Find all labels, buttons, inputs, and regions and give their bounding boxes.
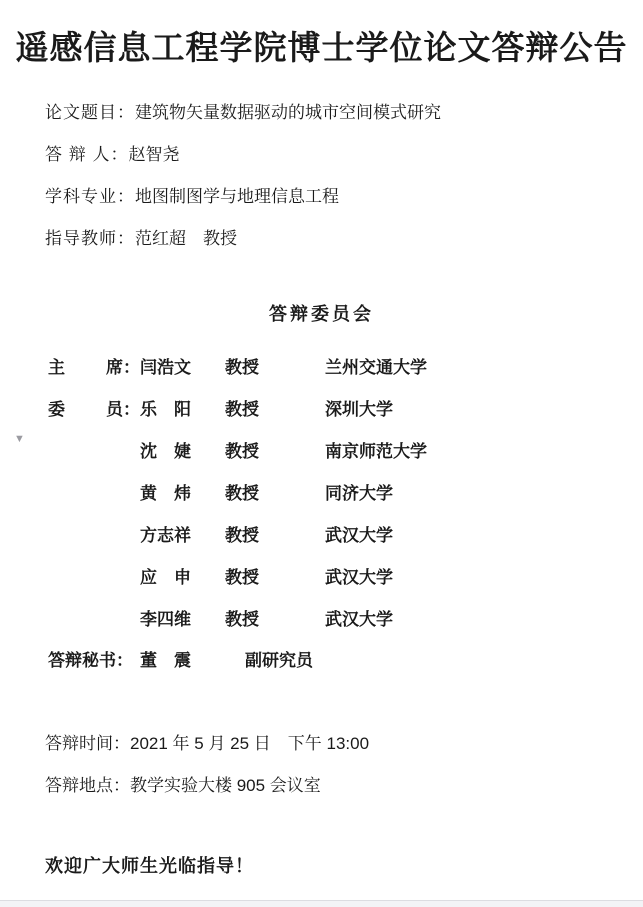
committee-role bbox=[48, 563, 140, 588]
member-name: 闫浩文 bbox=[140, 353, 225, 378]
member-name: 乐 阳 bbox=[140, 395, 225, 420]
thesis-title-value: 建筑物矢量数据驱动的城市空间模式研究 bbox=[135, 103, 441, 122]
committee-row-member: 委员： 乐 阳 教授 深圳大学 bbox=[48, 395, 393, 420]
committee-row-member: 沈 婕 教授 南京师范大学 bbox=[48, 437, 427, 462]
secretary-title: 副研究员 bbox=[245, 646, 313, 671]
committee-row-member: 方志祥 教授 武汉大学 bbox=[48, 521, 393, 546]
committee-role: 主席： bbox=[48, 353, 140, 378]
committee-role bbox=[48, 479, 140, 504]
committee-role bbox=[48, 437, 140, 462]
document-title: 遥感信息工程学院博士学位论文答辩公告 bbox=[0, 22, 643, 69]
margin-collapse-icon[interactable]: ▼ bbox=[14, 434, 25, 445]
role-char-right: 员： bbox=[106, 395, 140, 420]
thesis-title-line: 论文题目：建筑物矢量数据驱动的城市空间模式研究 bbox=[45, 98, 441, 123]
member-org: 同济大学 bbox=[325, 479, 393, 504]
secretary-label: 答辩秘书： bbox=[48, 646, 140, 671]
committee-row-chair: 主席： 闫浩文 教授 兰州交通大学 bbox=[48, 353, 427, 378]
horizontal-scrollbar[interactable] bbox=[0, 900, 643, 907]
member-name: 李四维 bbox=[140, 605, 225, 630]
member-title: 教授 bbox=[225, 605, 325, 630]
defense-location-value: 教学实验大楼 905 会议室 bbox=[130, 776, 321, 795]
member-org: 南京师范大学 bbox=[325, 437, 427, 462]
member-title: 教授 bbox=[225, 353, 325, 378]
role-char-left: 主 bbox=[48, 353, 65, 378]
member-title: 教授 bbox=[225, 437, 325, 462]
candidate-line: 答 辩 人：赵智尧 bbox=[45, 140, 179, 165]
secretary-name: 董 震 bbox=[140, 646, 245, 671]
advisor-line: 指导教师：范红超 教授 bbox=[45, 224, 237, 249]
defense-location-label: 答辩地点： bbox=[45, 776, 130, 795]
member-org: 武汉大学 bbox=[325, 521, 393, 546]
member-title: 教授 bbox=[225, 395, 325, 420]
committee-role bbox=[48, 521, 140, 546]
major-value: 地图制图学与地理信息工程 bbox=[135, 187, 339, 206]
role-char-right: 席： bbox=[106, 353, 140, 378]
advisor-name: 范红超 教授 bbox=[135, 229, 237, 248]
member-title: 教授 bbox=[225, 563, 325, 588]
defense-time-value: 2021 年 5 月 25 日 下午 13:00 bbox=[130, 734, 369, 753]
member-name: 黄 炜 bbox=[140, 479, 225, 504]
member-name: 方志祥 bbox=[140, 521, 225, 546]
candidate-label: 答 辩 人： bbox=[45, 145, 128, 164]
committee-heading: 答辩委员会 bbox=[0, 300, 643, 326]
defense-time-label: 答辩时间： bbox=[45, 734, 130, 753]
member-org: 武汉大学 bbox=[325, 563, 393, 588]
committee-role bbox=[48, 605, 140, 630]
member-title: 教授 bbox=[225, 521, 325, 546]
thesis-title-label: 论文题目： bbox=[45, 103, 135, 122]
member-name: 沈 婕 bbox=[140, 437, 225, 462]
defense-announcement-document: 遥感信息工程学院博士学位论文答辩公告 论文题目：建筑物矢量数据驱动的城市空间模式… bbox=[0, 0, 643, 907]
committee-role: 委员： bbox=[48, 395, 140, 420]
committee-row-member: 应 申 教授 武汉大学 bbox=[48, 563, 393, 588]
major-label: 学科专业： bbox=[45, 187, 135, 206]
defense-time-line: 答辩时间：2021 年 5 月 25 日 下午 13:00 bbox=[45, 729, 369, 754]
defense-location-line: 答辩地点：教学实验大楼 905 会议室 bbox=[45, 771, 321, 796]
major-line: 学科专业：地图制图学与地理信息工程 bbox=[45, 182, 339, 207]
role-char-left: 委 bbox=[48, 395, 65, 420]
secretary-row: 答辩秘书： 董 震 副研究员 bbox=[48, 646, 313, 671]
candidate-name: 赵智尧 bbox=[128, 145, 179, 164]
committee-row-member: 李四维 教授 武汉大学 bbox=[48, 605, 393, 630]
member-name: 应 申 bbox=[140, 563, 225, 588]
member-title: 教授 bbox=[225, 479, 325, 504]
advisor-label: 指导教师： bbox=[45, 229, 135, 248]
member-org: 兰州交通大学 bbox=[325, 353, 427, 378]
member-org: 深圳大学 bbox=[325, 395, 393, 420]
welcome-message: 欢迎广大师生光临指导！ bbox=[45, 852, 254, 878]
member-org: 武汉大学 bbox=[325, 605, 393, 630]
committee-row-member: 黄 炜 教授 同济大学 bbox=[48, 479, 393, 504]
